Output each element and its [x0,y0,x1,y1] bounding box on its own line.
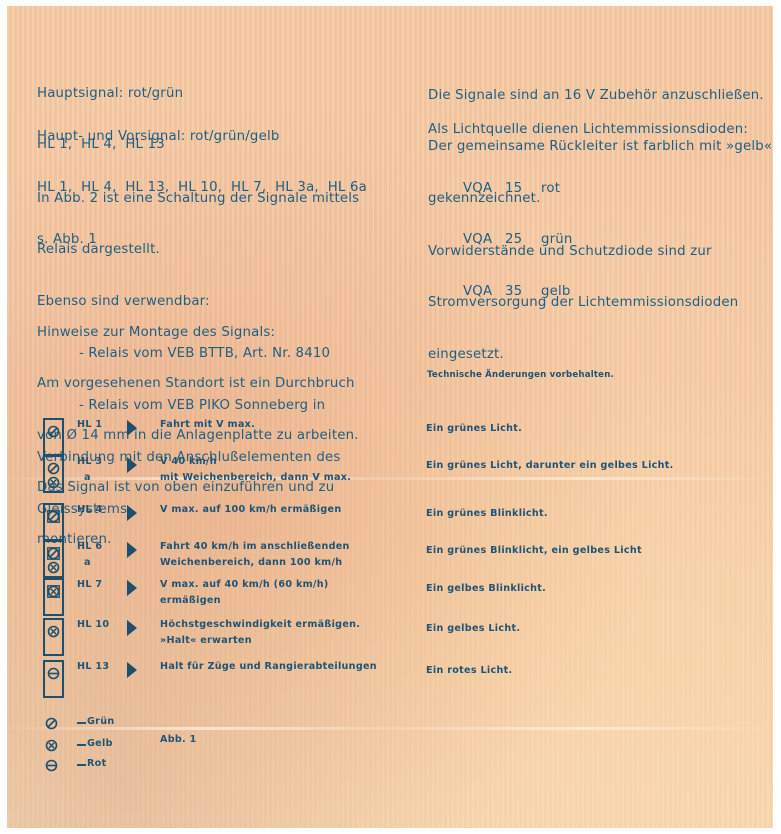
arrow-right-icon [127,662,137,678]
legend-label: Gelb [87,736,113,752]
signal-meaning: Fahrt 40 km/h im anschließenden Weichenb… [160,539,350,571]
arrow-right-icon [127,580,137,596]
signal-code: HL 6 [77,539,102,555]
signal-meaning: Halt für Züge und Rangierabteilungen [160,659,377,675]
green-flashing-light-icon [47,508,60,521]
signal-meaning: V max. auf 40 km/h (60 km/h) ermäßigen [160,577,329,609]
signal-code: HL 1 [77,417,102,433]
signal-code: HL 10 [77,617,109,633]
connection-line: Die Signale sind an 16 V Zubehör anzusch… [428,87,772,104]
signal-meaning: Fahrt mit V max. [160,417,255,433]
yellow-light-icon [47,623,60,636]
signal-code-suffix: a [84,555,91,571]
red-light-icon [45,757,58,770]
legend-dash [77,764,86,766]
legend-dash [77,722,86,724]
yellow-light-icon [47,559,60,572]
signal-code: HL 7 [77,577,102,593]
signal-meaning: V max. auf 100 km/h ermäßigen [160,502,341,518]
legend-dash [77,744,86,746]
red-light-icon [47,665,60,678]
led-item: VQA 15 rot [463,180,573,197]
signal-aspect: Ein grünes Licht. [426,421,522,437]
signal-code-suffix: a [84,470,91,486]
green-light-icon [47,423,60,436]
legend-label: Rot [87,756,106,772]
signal-diagram [43,540,64,578]
relay-line: In Abb. 2 ist eine Schaltung der Signale… [37,190,359,207]
signal-aspect: Ein gelbes Licht. [426,621,520,637]
led-type: VQA [463,180,505,197]
mounting-line: Am vorgesehenen Standort ist ein Durchbr… [37,375,359,392]
signal-diagram [43,418,64,456]
resistor-line: Stromversorgung der Lichtemmissionsdiode… [428,294,738,311]
signal-code: HL 13 [77,659,109,675]
signal-meaning: V 40 km/h mit Weichenbereich, dann V max… [160,454,351,486]
yellow-light-icon [45,737,58,750]
resistor-paragraph: Vorwiderstände und Schutzdiode sind zur … [428,208,738,381]
signal-diagram [43,660,64,698]
led-color: rot [541,180,560,197]
green-flashing-light-icon [47,545,60,558]
yellow-light-icon [47,474,60,487]
signal-code: HL 4 [77,502,102,518]
signal-diagram [43,455,64,493]
resistor-line: eingesetzt. [428,346,738,363]
light-source-heading: Als Lichtquelle dienen Lichtemmissionsdi… [428,121,748,138]
signal-aspect: Ein rotes Licht. [426,663,512,679]
signal-aspect: Ein grünes Blinklicht. [426,506,548,522]
signal-aspect: Ein grünes Blinklicht, ein gelbes Licht [426,543,642,559]
signal-meaning: Höchstgeschwindigkeit ermäßigen. »Halt« … [160,617,360,649]
legend-label: Grün [87,714,114,730]
mounting-heading: Hinweise zur Montage des Signals: [37,324,359,341]
led-number: 15 [505,180,541,197]
paper-crease [7,727,773,730]
green-light-icon [45,715,58,728]
signal-diagram [43,578,64,616]
arrow-right-icon [127,620,137,636]
signal-aspect: Ein grünes Licht, darunter ein gelbes Li… [426,458,674,474]
signal-diagram [43,503,64,541]
combined-signal-heading: Haupt- und Vorsignal: rot/grün/gelb [37,128,367,145]
signal-aspect: Ein gelbes Blinklicht. [426,581,546,597]
figure-label: Abb. 1 [160,732,197,748]
signal-code: HL 3 [77,454,102,470]
arrow-right-icon [127,542,137,558]
disclaimer: Technische Änderungen vorbehalten. [427,370,614,380]
yellow-flashing-light-icon [47,583,60,596]
green-light-icon [47,460,60,473]
arrow-right-icon [127,420,137,436]
signal-diagram [43,618,64,656]
relay-line: Relais dargestellt. [37,241,359,258]
arrow-right-icon [127,457,137,473]
arrow-right-icon [127,505,137,521]
resistor-line: Vorwiderstände und Schutzdiode sind zur [428,243,738,260]
